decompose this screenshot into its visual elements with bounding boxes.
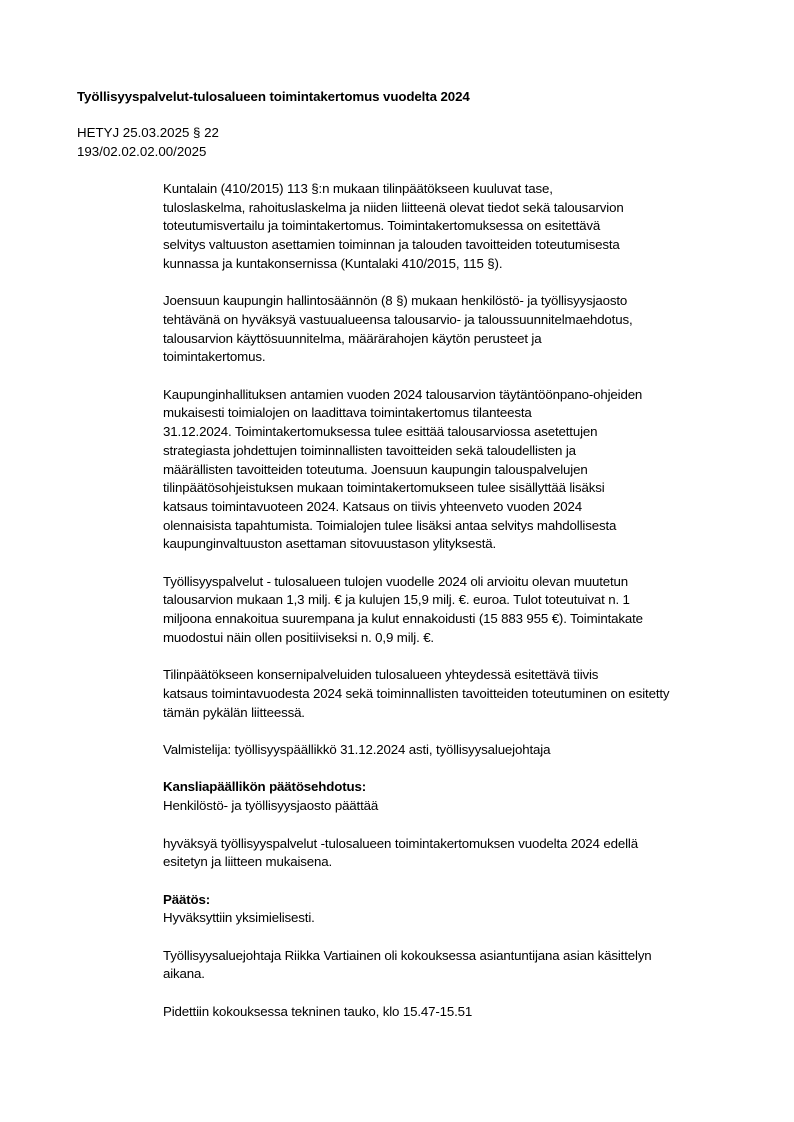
document-meta: HETYJ 25.03.2025 § 22 193/02.02.02.00/20… (77, 124, 219, 161)
text-line: Tilinpäätökseen konsernipalveluiden tulo… (163, 666, 753, 685)
proposal-heading: Kansliapäällikön päätösehdotus: (163, 778, 753, 797)
text-line: talousarvion mukaan 1,3 milj. € ja kuluj… (163, 591, 753, 610)
text-line: mukaisesti toimialojen on laadittava toi… (163, 404, 753, 423)
paragraphs: Kuntalain (410/2015) 113 §:n mukaan tili… (163, 180, 753, 760)
text-line: tilinpäätösohjeistuksen mukaan toimintak… (163, 479, 753, 498)
document-body: Kuntalain (410/2015) 113 §:n mukaan tili… (163, 180, 753, 1040)
proposal-section: Kansliapäällikön päätösehdotus: Henkilös… (163, 778, 753, 815)
text-line: hyväksyä työllisyyspalvelut -tulosalueen… (163, 835, 753, 854)
body-paragraph: Työllisyyspalvelut - tulosalueen tulojen… (163, 573, 753, 648)
proposal-intro: Henkilöstö- ja työllisyysjaosto päättää (163, 797, 753, 816)
text-line: selvitys valtuuston asettamien toiminnan… (163, 236, 753, 255)
text-line: toimintakertomus. (163, 348, 753, 367)
body-paragraph: Valmistelija: työllisyyspäällikkö 31.12.… (163, 741, 753, 760)
text-line: Työllisyyspalvelut - tulosalueen tulojen… (163, 573, 753, 592)
meeting-reference: HETYJ 25.03.2025 § 22 (77, 124, 219, 143)
text-line: Kuntalain (410/2015) 113 §:n mukaan tili… (163, 180, 753, 199)
decision-note: Työllisyysaluejohtaja Riikka Vartiainen … (163, 947, 753, 984)
text-line: Työllisyysaluejohtaja Riikka Vartiainen … (163, 947, 753, 966)
text-line: tuloslaskelma, rahoituslaskelma ja niide… (163, 199, 753, 218)
proposal-text: hyväksyä työllisyyspalvelut -tulosalueen… (163, 835, 753, 872)
text-line: miljoona ennakoitua suurempana ja kulut … (163, 610, 753, 629)
document-title: Työllisyyspalvelut-tulosalueen toimintak… (77, 89, 470, 104)
text-line: Kaupunginhallituksen antamien vuoden 202… (163, 386, 753, 405)
body-paragraph: Tilinpäätökseen konsernipalveluiden tulo… (163, 666, 753, 722)
document-page: Työllisyyspalvelut-tulosalueen toimintak… (0, 0, 794, 1122)
text-line: strategiasta johdettujen toiminnallisten… (163, 442, 753, 461)
body-paragraph: Kaupunginhallituksen antamien vuoden 202… (163, 386, 753, 554)
body-paragraph: Kuntalain (410/2015) 113 §:n mukaan tili… (163, 180, 753, 274)
text-line: muodostui näin ollen positiiviseksi n. 0… (163, 629, 753, 648)
text-line: tehtävänä on hyväksyä vastuualueensa tal… (163, 311, 753, 330)
record-id: 193/02.02.02.00/2025 (77, 143, 219, 162)
text-line: talousarvion käyttösuunnitelma, määrärah… (163, 330, 753, 349)
text-line: katsaus toimintavuodesta 2024 sekä toimi… (163, 685, 753, 704)
text-line: 31.12.2024. Toimintakertomuksessa tulee … (163, 423, 753, 442)
text-line: olennaisista tapahtumista. Toimialojen t… (163, 517, 753, 536)
text-line: toteutumisvertailu ja toimintakertomus. … (163, 217, 753, 236)
text-line: katsaus toimintavuoteen 2024. Katsaus on… (163, 498, 753, 517)
decision-notes: Työllisyysaluejohtaja Riikka Vartiainen … (163, 947, 753, 1022)
decision-section: Päätös: Hyväksyttiin yksimielisesti. (163, 891, 753, 928)
text-line: määrällisten tavoitteiden toteutuma. Joe… (163, 461, 753, 480)
text-line: aikana. (163, 965, 753, 984)
text-line: tämän pykälän liitteessä. (163, 704, 753, 723)
decision-heading: Päätös: (163, 891, 753, 910)
text-line: kaupunginvaltuuston asettaman sitovuusta… (163, 535, 753, 554)
text-line: esitetyn ja liitteen mukaisena. (163, 853, 753, 872)
decision-text: Hyväksyttiin yksimielisesti. (163, 909, 753, 928)
text-line: Pidettiin kokouksessa tekninen tauko, kl… (163, 1003, 753, 1022)
body-paragraph: Joensuun kaupungin hallintosäännön (8 §)… (163, 292, 753, 367)
decision-note: Pidettiin kokouksessa tekninen tauko, kl… (163, 1003, 753, 1022)
text-line: Joensuun kaupungin hallintosäännön (8 §)… (163, 292, 753, 311)
text-line: Valmistelija: työllisyyspäällikkö 31.12.… (163, 741, 753, 760)
text-line: kunnassa ja kuntakonsernissa (Kuntalaki … (163, 255, 753, 274)
